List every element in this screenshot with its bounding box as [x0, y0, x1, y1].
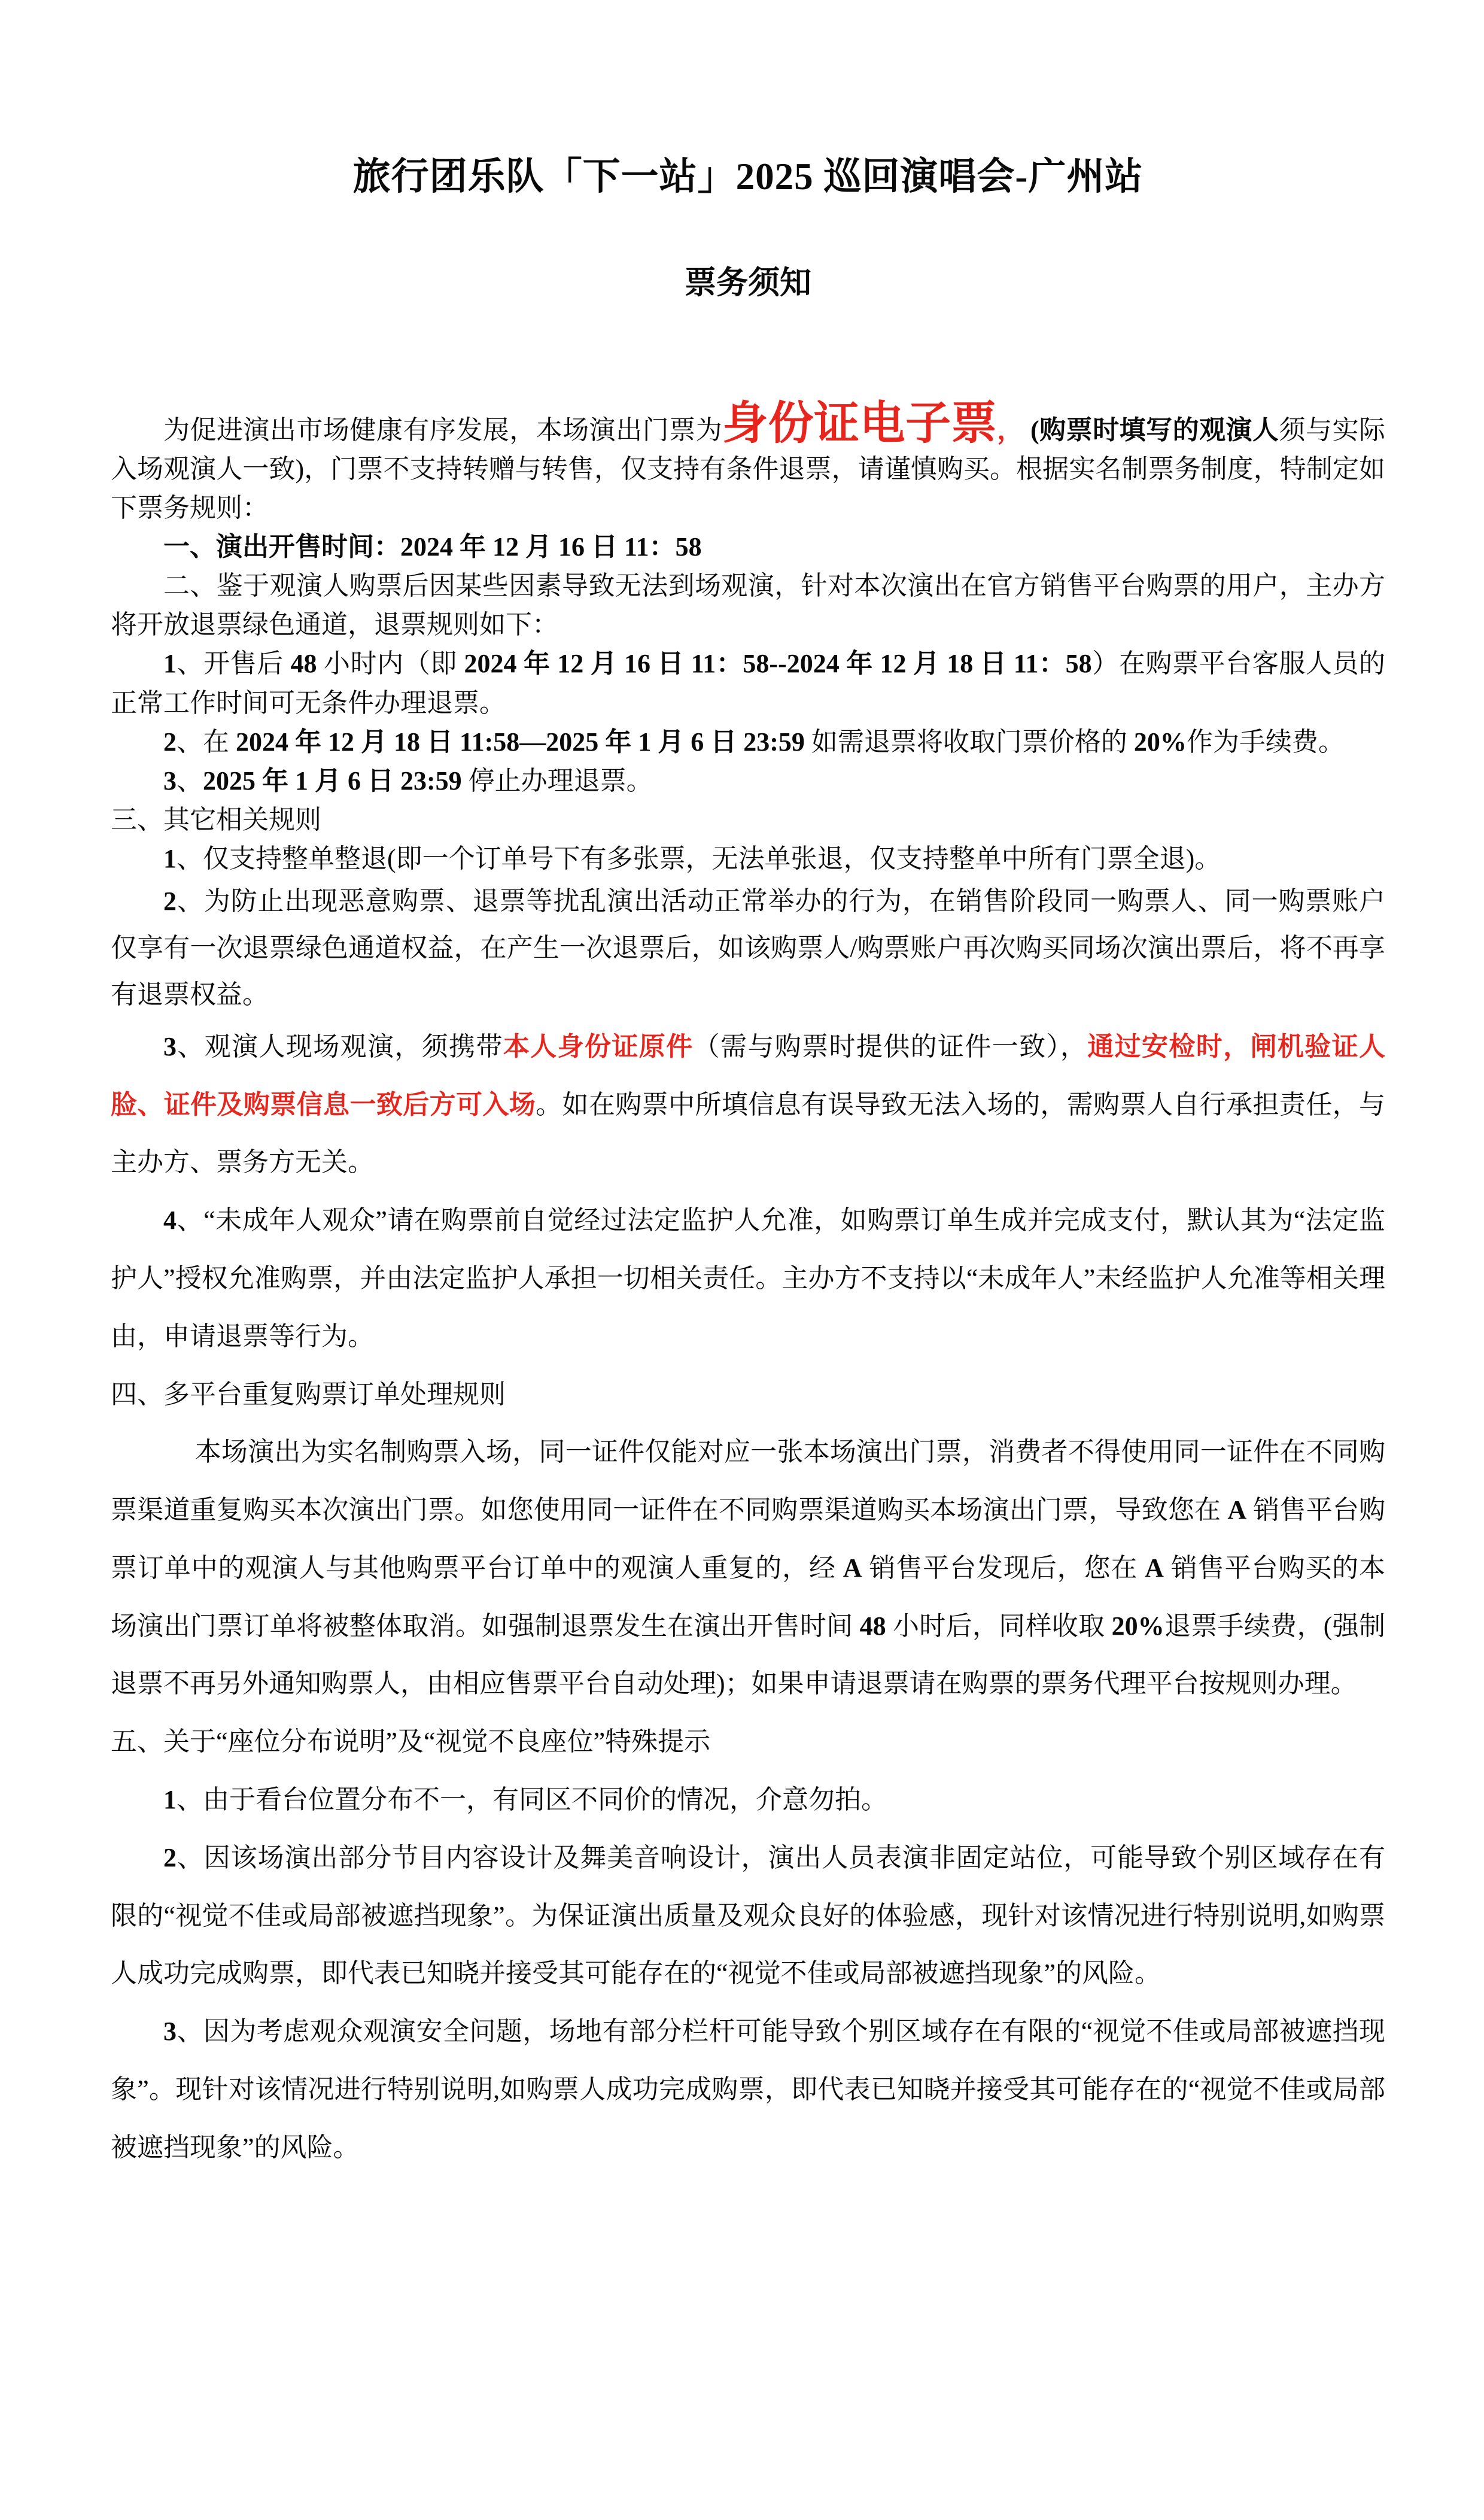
bold-text-segment: 3 [163, 2017, 177, 2046]
red-emphasis-text: 本人身份证原件 [503, 1032, 694, 1061]
bold-text-segment: 3 [163, 1032, 177, 1061]
bold-text-segment: A [843, 1553, 862, 1583]
bold-text-segment: 1 [163, 649, 177, 678]
paragraph: 1、开售后 48 小时内（即 2024 年 12 月 16 日 11：58--2… [111, 644, 1385, 722]
paragraph: 3、因为考虑观众观演安全问题，场地有部分栏杆可能导致个别区域存在有限的“视觉不佳… [111, 2003, 1385, 2176]
text-segment: 、由于看台位置分布不一，有同区不同价的情况，介意勿拍。 [177, 1785, 887, 1814]
bold-text-segment: 3 [163, 766, 177, 796]
paragraph: 2、在 2024 年 12 月 18 日 11:58—2025 年 1 月 6 … [111, 722, 1385, 761]
red-highlight-ticket-type: 身份证电子票 [722, 399, 997, 449]
paragraph: 为促进演出市场健康有序发展，本场演出门票为身份证电子票， (购票时填写的观演人须… [111, 401, 1385, 527]
text-segment: 五、关于“座位分布说明”及“视觉不良座位”特殊提示 [111, 1727, 710, 1756]
bold-text-segment: A [1145, 1553, 1164, 1583]
bold-text-segment: 2025 年 1 月 6 日 23:59 [203, 766, 462, 796]
bold-text-segment: 1 [163, 1785, 177, 1814]
paragraph: 二、鉴于观演人购票后因某些因素导致无法到场观演，针对本次演出在官方销售平台购票的… [111, 566, 1385, 644]
bold-text-segment: 2024 年 12 月 18 日 11:58—2025 年 1 月 6 日 23… [236, 727, 805, 757]
text-segment: 二、鉴于观演人购票后因某些因素导致无法到场观演，针对本次演出在官方销售平台购票的… [111, 571, 1385, 639]
bold-text-segment: 4 [163, 1206, 177, 1235]
bold-text-segment: (购票时填写的观演人 [1024, 415, 1279, 445]
paragraph: 四、多平台重复购票订单处理规则 [111, 1366, 1385, 1424]
document-page: 旅行团乐队「下一站」2025 巡回演唱会-广州站 票务须知 为促进演出市场健康有… [0, 0, 1484, 2520]
paragraph: 3、2025 年 1 月 6 日 23:59 停止办理退票。 [111, 761, 1385, 800]
text-segment: 、开售后 [177, 649, 290, 678]
bold-text-segment: 2 [163, 727, 177, 757]
paragraph: 2、为防止出现恶意购票、退票等扰乱演出活动正常举办的行为，在销售阶段同一购票人、… [111, 878, 1385, 1018]
bold-text-segment: 1 [163, 844, 177, 873]
paragraph: 1、由于看台位置分布不一，有同区不同价的情况，介意勿拍。 [111, 1771, 1385, 1829]
text-segment: 、在 [177, 727, 236, 757]
text-segment: 如需退票将收取门票价格的 [805, 727, 1134, 757]
bold-text-segment: 48 [860, 1611, 886, 1641]
document-body: 为促进演出市场健康有序发展，本场演出门票为身份证电子票， (购票时填写的观演人须… [111, 401, 1385, 2177]
text-segment: 、因该场演出部分节目内容设计及舞美音响设计，演出人员表演非固定站位，可能导致个别… [111, 1843, 1385, 1988]
bold-text-segment: 2024 年 12 月 16 日 11：58--2024 年 12 月 18 日… [464, 649, 1092, 678]
text-segment: 小时后，同样收取 [886, 1611, 1112, 1641]
bold-text-segment: 2 [163, 1843, 177, 1872]
bold-text-segment: 48 [290, 649, 317, 678]
text-segment: 、 [177, 766, 203, 796]
text-segment: （需与购票时提供的证件一致）， [694, 1032, 1088, 1061]
text-segment: 作为手续费。 [1187, 727, 1345, 757]
text-segment: 停止办理退票。 [462, 766, 653, 796]
red-emphasis-text: ， [997, 415, 1023, 445]
bold-text-segment: 一、演出开售时间：2024 年 12 月 16 日 11：58 [163, 532, 702, 561]
paragraph: 本场演出为实名制购票入场，同一证件仅能对应一张本场演出门票，消费者不得使用同一证… [111, 1423, 1385, 1713]
paragraph: 1、仅支持整单整退(即一个订单号下有多张票，无法单张退，仅支持整单中所有门票全退… [111, 839, 1385, 878]
bold-text-segment: A [1227, 1495, 1246, 1525]
paragraph: 五、关于“座位分布说明”及“视觉不良座位”特殊提示 [111, 1713, 1385, 1771]
page-title: 旅行团乐队「下一站」2025 巡回演唱会-广州站 [111, 157, 1385, 196]
text-segment: 小时内（即 [317, 649, 464, 678]
bold-text-segment: 2 [163, 886, 177, 916]
paragraph: 一、演出开售时间：2024 年 12 月 16 日 11：58 [111, 527, 1385, 566]
paragraph: 2、因该场演出部分节目内容设计及舞美音响设计，演出人员表演非固定站位，可能导致个… [111, 1829, 1385, 2003]
text-segment: 销售平台发现后，您在 [862, 1553, 1145, 1583]
paragraph: 3、观演人现场观演，须携带本人身份证原件（需与购票时提供的证件一致），通过安检时… [111, 1018, 1385, 1192]
text-segment: 、观演人现场观演，须携带 [177, 1032, 503, 1061]
page-subtitle: 票务须知 [111, 267, 1385, 300]
text-segment: 、仅支持整单整退(即一个订单号下有多张票，无法单张退，仅支持整单中所有门票全退)… [177, 844, 1221, 873]
text-segment: 本场演出为实名制购票入场，同一证件仅能对应一张本场演出门票，消费者不得使用同一证… [111, 1437, 1385, 1525]
bold-text-segment: 20% [1112, 1611, 1164, 1641]
text-segment: 、“未成年人观众”请在购票前自觉经过法定监护人允准，如购票订单生成并完成支付，默… [111, 1206, 1385, 1351]
text-segment: 四、多平台重复购票订单处理规则 [111, 1380, 506, 1409]
paragraph: 4、“未成年人观众”请在购票前自觉经过法定监护人允准，如购票订单生成并完成支付，… [111, 1192, 1385, 1365]
text-segment: 、为防止出现恶意购票、退票等扰乱演出活动正常举办的行为，在销售阶段同一购票人、同… [111, 886, 1385, 1009]
bold-text-segment: 20% [1134, 727, 1187, 757]
paragraph: 三、其它相关规则 [111, 800, 1385, 839]
text-segment: 为促进演出市场健康有序发展，本场演出门票为 [163, 415, 722, 445]
text-segment: 三、其它相关规则 [111, 805, 321, 834]
text-segment: 、因为考虑观众观演安全问题，场地有部分栏杆可能导致个别区域存在有限的“视觉不佳或… [111, 2017, 1385, 2162]
